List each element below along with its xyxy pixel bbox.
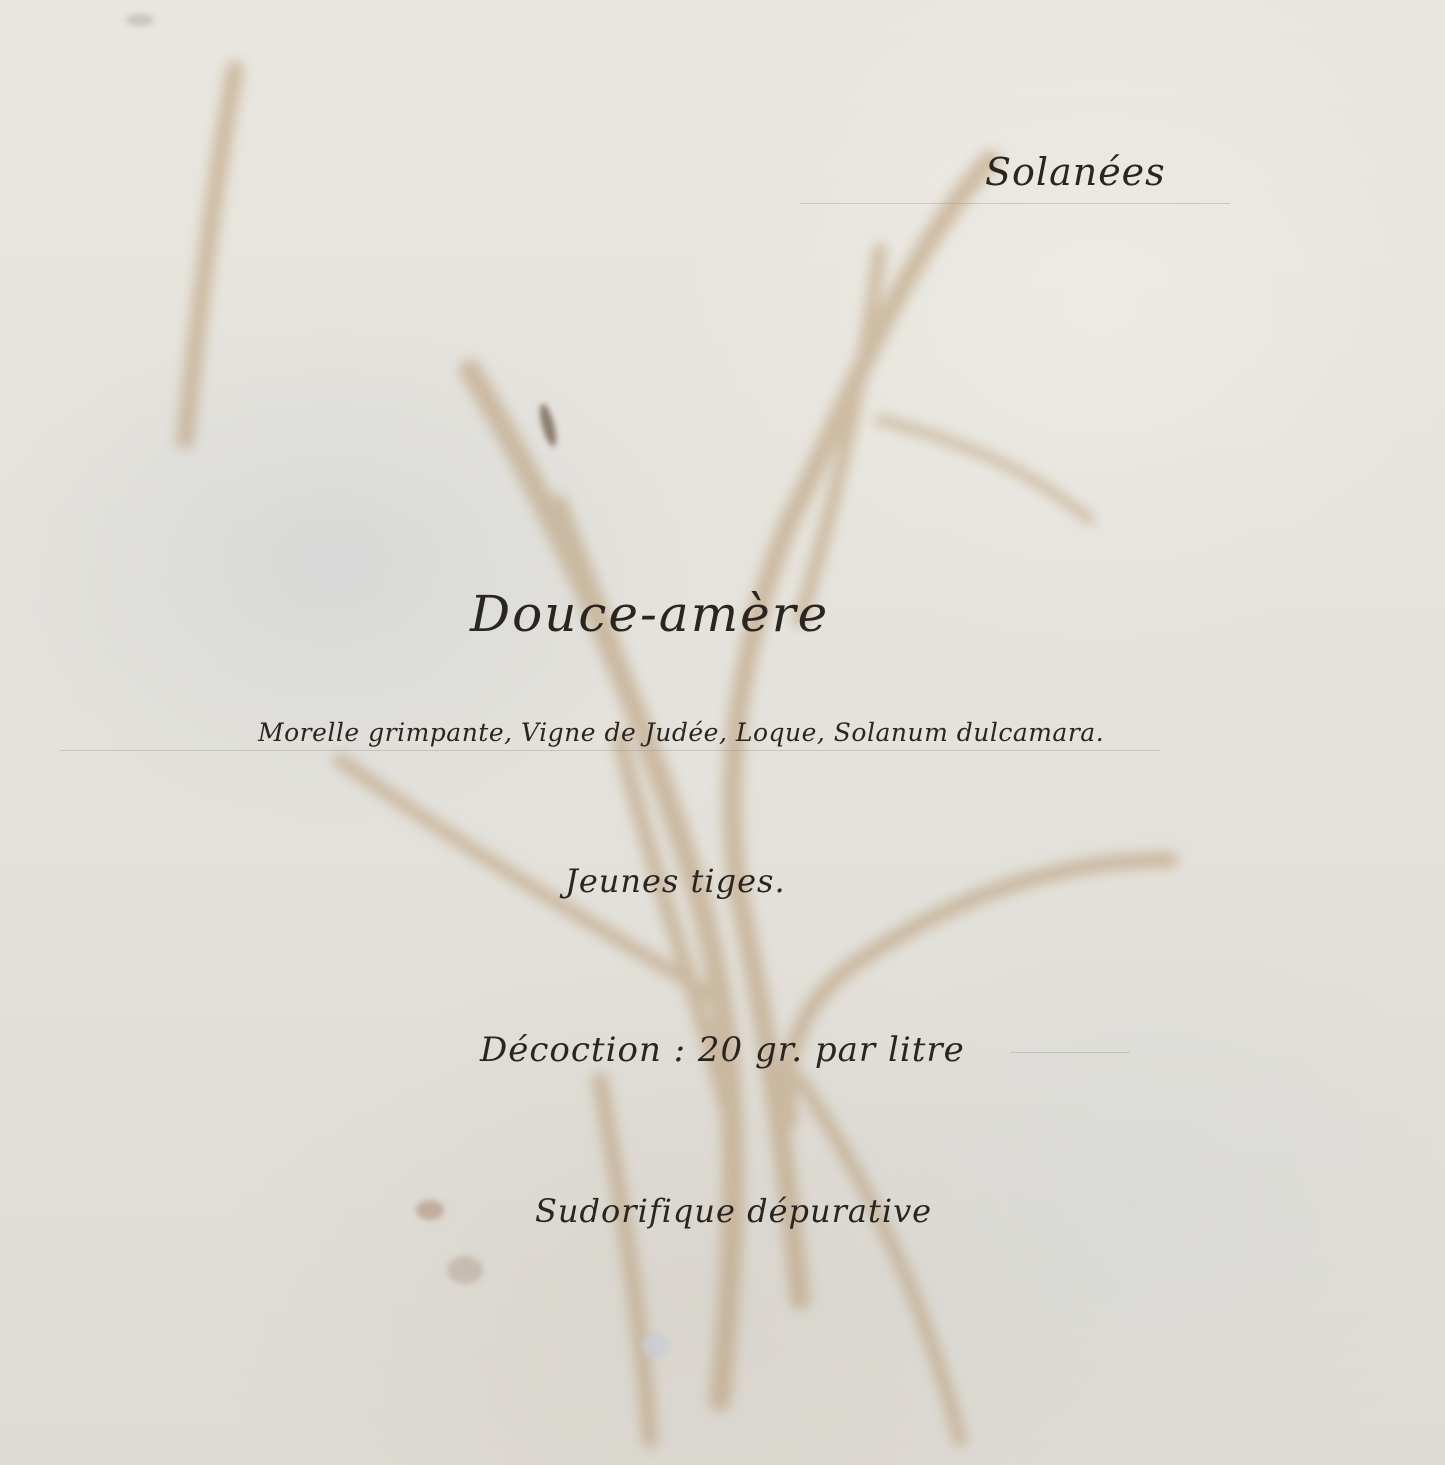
plant-name-title: Douce-amère	[470, 585, 829, 643]
herbarium-page: Solanées Douce-amère Morelle grimpante, …	[0, 0, 1445, 1465]
ruled-line	[1010, 1052, 1130, 1053]
part-used: Jeunes tiges.	[565, 862, 786, 900]
ruled-line	[60, 750, 1160, 751]
ruled-line	[800, 203, 1230, 204]
medicinal-properties: Sudorifique dépurative	[535, 1192, 932, 1230]
preparation-dosage: Décoction : 20 gr. par litre	[480, 1030, 965, 1070]
plant-synonyms: Morelle grimpante, Vigne de Judée, Loque…	[258, 718, 1104, 747]
plant-family-heading: Solanées	[985, 150, 1166, 194]
